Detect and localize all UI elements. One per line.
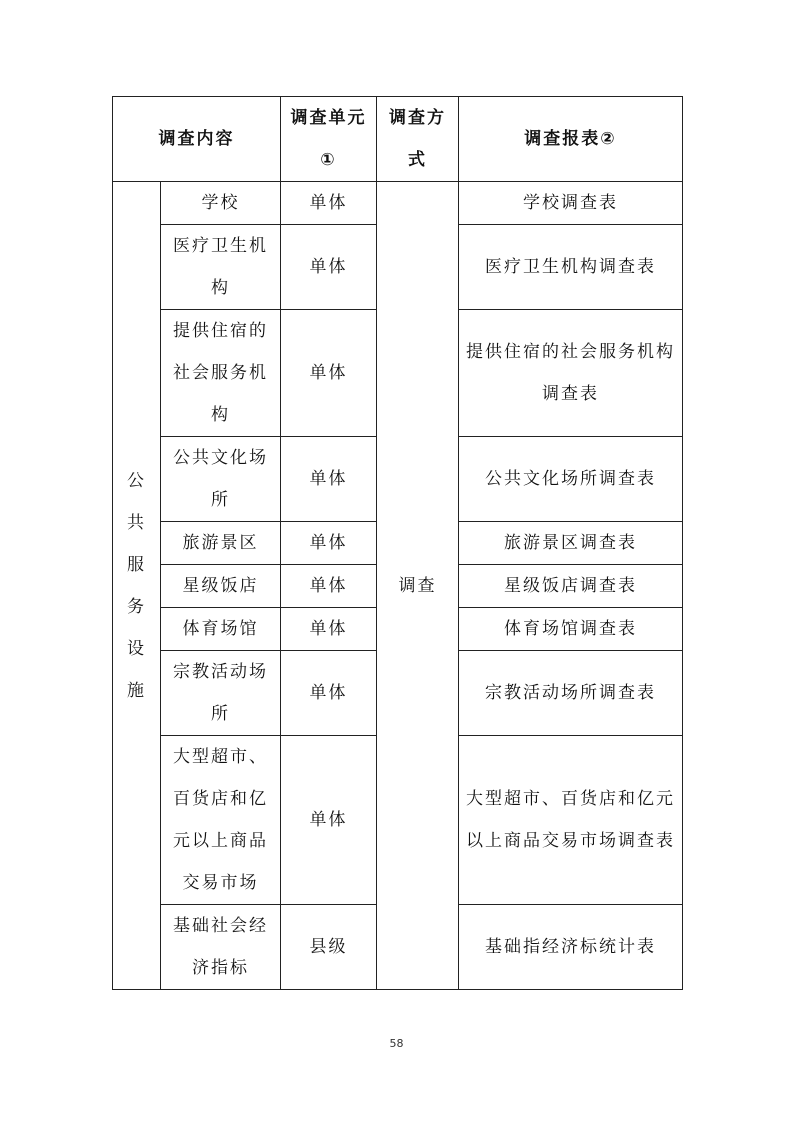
- row-report: 公共文化场所调查表: [459, 437, 683, 522]
- row-unit: 单体: [281, 651, 377, 736]
- group-char: 设: [119, 628, 154, 670]
- row-item: 提供住宿的社会服务机构: [161, 310, 281, 437]
- document-page: 调查内容 调查单元① 调查方式 调查报表② 公 共 服 务 设 施 学校 单体 …: [0, 0, 793, 1122]
- group-char: 共: [119, 502, 154, 544]
- header-method: 调查方式: [377, 97, 459, 182]
- row-report: 宗教活动场所调查表: [459, 651, 683, 736]
- row-unit: 单体: [281, 565, 377, 608]
- row-report: 基础指经济标统计表: [459, 905, 683, 990]
- group-char: 公: [119, 460, 154, 502]
- row-item: 学校: [161, 182, 281, 225]
- row-item: 公共文化场所: [161, 437, 281, 522]
- row-report: 提供住宿的社会服务机构调查表: [459, 310, 683, 437]
- row-unit: 单体: [281, 736, 377, 905]
- row-item: 宗教活动场所: [161, 651, 281, 736]
- group-label: 公 共 服 务 设 施: [113, 182, 161, 990]
- header-report: 调查报表②: [459, 97, 683, 182]
- row-item: 大型超市、百货店和亿元以上商品交易市场: [161, 736, 281, 905]
- row-unit: 单体: [281, 225, 377, 310]
- survey-table: 调查内容 调查单元① 调查方式 调查报表② 公 共 服 务 设 施 学校 单体 …: [112, 96, 683, 990]
- row-report: 体育场馆调查表: [459, 608, 683, 651]
- method-value: 调查: [377, 182, 459, 990]
- header-row: 调查内容 调查单元① 调查方式 调查报表②: [113, 97, 683, 182]
- row-report: 旅游景区调查表: [459, 522, 683, 565]
- row-unit: 单体: [281, 522, 377, 565]
- page-number: 58: [0, 1037, 793, 1050]
- row-item: 基础社会经济指标: [161, 905, 281, 990]
- row-item: 星级饭店: [161, 565, 281, 608]
- group-char: 务: [119, 586, 154, 628]
- group-char: 施: [119, 670, 154, 712]
- row-item: 旅游景区: [161, 522, 281, 565]
- row-unit: 单体: [281, 608, 377, 651]
- row-unit: 单体: [281, 310, 377, 437]
- row-item: 医疗卫生机构: [161, 225, 281, 310]
- row-unit: 单体: [281, 437, 377, 522]
- row-report: 星级饭店调查表: [459, 565, 683, 608]
- header-content: 调查内容: [113, 97, 281, 182]
- row-unit: 县级: [281, 905, 377, 990]
- row-report: 医疗卫生机构调查表: [459, 225, 683, 310]
- group-char: 服: [119, 544, 154, 586]
- row-report: 大型超市、百货店和亿元以上商品交易市场调查表: [459, 736, 683, 905]
- row-item: 体育场馆: [161, 608, 281, 651]
- row-report: 学校调查表: [459, 182, 683, 225]
- row-unit: 单体: [281, 182, 377, 225]
- header-unit: 调查单元①: [281, 97, 377, 182]
- table-row: 公 共 服 务 设 施 学校 单体 调查 学校调查表: [113, 182, 683, 225]
